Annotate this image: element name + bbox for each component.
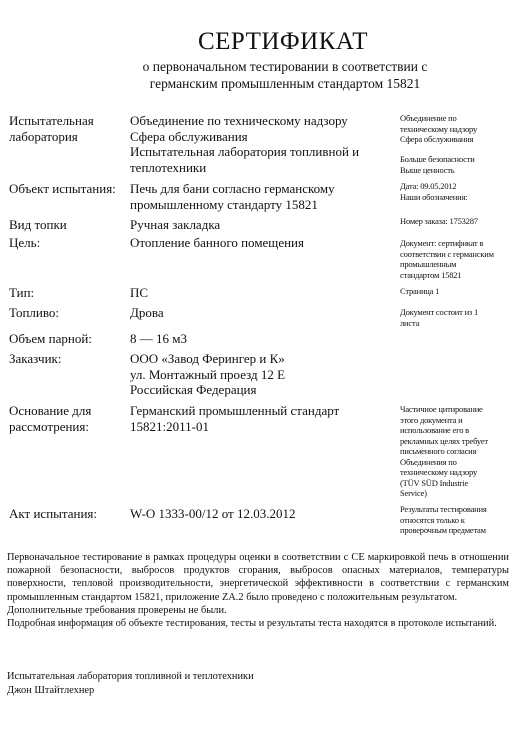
sidebar-line: Выше ценность (400, 165, 512, 176)
firing-label: Вид топки (9, 217, 127, 233)
sidebar-line: Сфера обслуживания (400, 134, 512, 145)
sidebar-line: (TÜV SÜD Industrie (400, 478, 512, 489)
sidebar-line: Частичное цитирование (400, 404, 512, 415)
subtitle-line: германским промышленным стандартом 15821 (110, 75, 460, 92)
sidebar-organization: Объединение по техническому надзору Сфер… (400, 113, 512, 145)
sidebar-line: техническому надзору (400, 467, 512, 478)
signature-organization: Испытательная лаборатория топливной и те… (7, 670, 254, 684)
sidebar-line: листа (400, 318, 512, 329)
body-paragraph: Дополнительные требования проверены не б… (7, 604, 509, 617)
lab-label: Испытательная лаборатория (9, 113, 127, 144)
sidebar-results-note: Результаты тестирования относятся только… (400, 504, 512, 536)
type-label: Тип: (9, 285, 127, 301)
label-line: Основание для (9, 403, 127, 419)
label-line: Испытательная (9, 113, 127, 129)
object-value: Печь для бани согласно германскому промы… (130, 181, 395, 212)
report-label: Акт испытания: (9, 506, 127, 522)
sidebar-our-ref: Наши обозначения: (400, 192, 512, 203)
volume-label: Объем парной: (9, 331, 127, 347)
value-line: Объединение по техническому надзору (130, 113, 395, 129)
body-paragraph: Подробная информация об объекте тестиров… (7, 617, 509, 630)
value-line: Сфера обслуживания (130, 129, 395, 145)
value-line: Испытательная лаборатория топливной и (130, 144, 395, 160)
basis-label: Основание для рассмотрения: (9, 403, 127, 434)
sidebar-line: письменного согласия (400, 446, 512, 457)
sidebar-date: Дата: 09.05.2012 (400, 181, 512, 192)
sidebar-line: Документ состоит из 1 (400, 307, 512, 318)
object-label: Объект испытания: (9, 181, 127, 197)
sidebar-line: Документ: сертификат в (400, 238, 512, 249)
fuel-value: Дрова (130, 305, 395, 321)
volume-value: 8 — 16 м3 (130, 331, 395, 347)
sidebar-line: использование его в (400, 425, 512, 436)
sidebar-sheets: Документ состоит из 1 листа (400, 307, 512, 328)
type-value: ПС (130, 285, 395, 301)
sidebar-order-number: Номер заказа: 1753287 (400, 216, 512, 227)
purpose-label: Цель: (9, 235, 127, 251)
sidebar-line: этого документа и (400, 415, 512, 426)
sidebar-date-block: Дата: 09.05.2012 Наши обозначения: (400, 181, 512, 202)
value-line: ООО «Завод Ферингер и К» (130, 351, 395, 367)
value-line: Печь для бани согласно германскому (130, 181, 395, 197)
customer-label: Заказчик: (9, 351, 127, 367)
sidebar-document: Документ: сертификат в соответствии с ге… (400, 238, 512, 280)
value-line: Германский промышленный стандарт (130, 403, 395, 419)
sidebar-line: Результаты тестирования (400, 504, 512, 515)
purpose-value: Отопление банного помещения (130, 235, 395, 251)
body-paragraph: Первоначальное тестирование в рамках про… (7, 551, 509, 604)
sidebar-page: Страница 1 (400, 286, 512, 297)
sidebar-line: проверочным предметам (400, 525, 512, 536)
sidebar-line: относятся только к (400, 515, 512, 526)
label-line: лаборатория (9, 129, 127, 145)
report-value: W-O 1333-00/12 от 12.03.2012 (130, 506, 395, 522)
sidebar-line: соответствии с германским (400, 249, 512, 260)
value-line: Российская Федерация (130, 382, 395, 398)
value-line: 15821:2011-01 (130, 419, 395, 435)
label-line: рассмотрения: (9, 419, 127, 435)
certificate-body: Первоначальное тестирование в рамках про… (7, 551, 509, 630)
signature-block: Испытательная лаборатория топливной и те… (7, 670, 254, 697)
value-line: промышленному стандарту 15821 (130, 197, 395, 213)
sidebar-line: Объединение по (400, 113, 512, 124)
sidebar-notice: Частичное цитирование этого документа и … (400, 404, 512, 499)
signature-name: Джон Штайтлехнер (7, 684, 254, 698)
sidebar-line: Больше безопасности (400, 154, 512, 165)
value-line: теплотехники (130, 160, 395, 176)
sidebar-line: техническому надзору (400, 124, 512, 135)
lab-value: Объединение по техническому надзору Сфер… (130, 113, 395, 175)
value-line: ул. Монтажный проезд 12 Е (130, 367, 395, 383)
sidebar-motto: Больше безопасности Выше ценность (400, 154, 512, 175)
certificate-title: СЕРТИФИКАТ (0, 28, 516, 56)
subtitle-line: о первоначальном тестировании в соответс… (110, 58, 460, 75)
certificate-subtitle: о первоначальном тестировании в соответс… (110, 58, 460, 92)
sidebar-line: Service) (400, 488, 512, 499)
fuel-label: Топливо: (9, 305, 127, 321)
sidebar-line: стандартом 15821 (400, 270, 512, 281)
basis-value: Германский промышленный стандарт 15821:2… (130, 403, 395, 434)
sidebar-line: промышленным (400, 259, 512, 270)
sidebar-line: Объединения по (400, 457, 512, 468)
firing-value: Ручная закладка (130, 217, 395, 233)
customer-value: ООО «Завод Ферингер и К» ул. Монтажный п… (130, 351, 395, 398)
sidebar-line: рекламных целях требует (400, 436, 512, 447)
